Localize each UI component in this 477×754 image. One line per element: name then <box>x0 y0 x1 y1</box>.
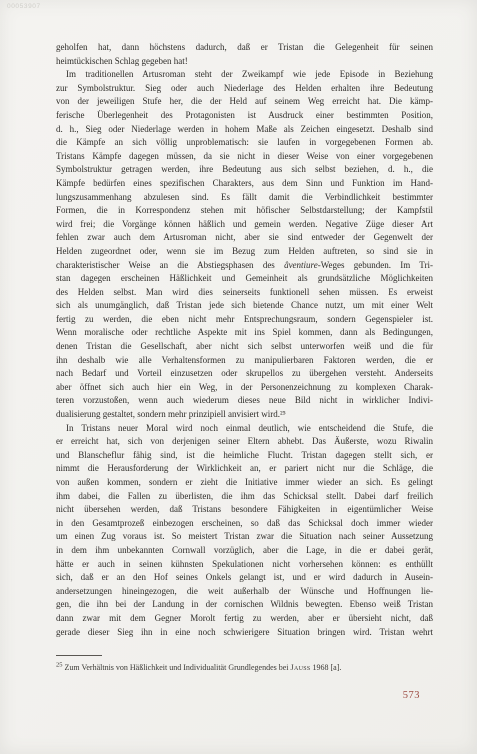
text-line: stan dagegen erscheinen Häßlichkeit und … <box>56 272 433 286</box>
text-line: Wenn moralische oder rechtliche Aspekte … <box>56 326 433 340</box>
footnote: 25 Zum Verhältnis von Häßlichkeit und In… <box>56 663 433 673</box>
text-line: Tristans Kämpfe dagegen müssen, da sie n… <box>56 150 433 164</box>
footnote-area: 25 Zum Verhältnis von Häßlichkeit und In… <box>56 655 433 673</box>
footnote-marker: 25 <box>56 661 63 668</box>
text-line: heimtückischen Schlag gegeben hat! <box>56 55 433 69</box>
text-line: sich als unumgänglich, daß Tristan jede … <box>56 299 433 313</box>
text-line: Kämpfe bedürfen eines spezifischen Chara… <box>56 177 433 191</box>
text-line: in dem ihm unbekannten Cornwall vorzügli… <box>56 544 433 558</box>
text-line: In Tristans neuer Moral wird noch einmal… <box>56 422 433 436</box>
text-line: denen Tristan die Gesellschaft, aber nic… <box>56 340 433 354</box>
text-line: zur Symbolstruktur. Sieg oder auch Niede… <box>56 82 433 96</box>
book-page: 00053907 geholfen hat, dann höchstens da… <box>0 0 477 754</box>
text-line: gerade dieser Sieg ihn in eine noch schw… <box>56 626 433 640</box>
text-line: ihm dabei, die Fallen zu überlisten, die… <box>56 490 433 504</box>
text-line: andersetzungen hineingezogen, die weit a… <box>56 585 433 599</box>
text-line: wird frei; die Vorgänge können häßlich u… <box>56 218 433 232</box>
text-line: teren vorzustoßen, wenn auch wiederum di… <box>56 394 433 408</box>
page-number: 573 <box>403 690 420 701</box>
text-line: Formen, die in Korrespondenz stehen mit … <box>56 204 433 218</box>
text-line: in den Gesamtprozeß einbezogen erscheine… <box>56 517 433 531</box>
footnote-text-tail: 1968 [a]. <box>310 663 341 672</box>
text-line: lungszusammenhang abzulesen sind. Es fäl… <box>56 191 433 205</box>
text-line: nimmt die Herausforderung der Wirklichke… <box>56 462 433 476</box>
text-line: nicht übersehen werden, daß Tristans bes… <box>56 503 433 517</box>
text-line: sich, daß er an den Hof seines Onkels ge… <box>56 571 433 585</box>
body-text-block: geholfen hat, dann höchstens dadurch, da… <box>56 41 433 639</box>
text-line: Im traditionellen Artusroman steht der Z… <box>56 68 433 82</box>
text-line: Helden zugeordnet oder, wenn sie im Bezu… <box>56 245 433 259</box>
footnote-text: Zum Verhältnis von Häßlichkeit und Indiv… <box>65 663 291 672</box>
text-line: er erreicht hat, sich von derjenigen sei… <box>56 435 433 449</box>
text-line: Symbolstruktur getragen werden, ihre Bed… <box>56 163 433 177</box>
text-line: gen, die ihn bei der Landung in der corn… <box>56 598 433 612</box>
scan-code: 00053907 <box>7 3 41 10</box>
text-line: fertig zu werden, die eben nicht mehr En… <box>56 313 433 327</box>
text-line: um einen Zug voraus ist. So meistert Tri… <box>56 530 433 544</box>
text-line: nach Bedarf und Vorteil einzusetzen oder… <box>56 367 433 381</box>
text-line: d. h., Sieg oder Niederlage werden in ho… <box>56 123 433 137</box>
text-line: ferische Überlegenheit des Protagonisten… <box>56 109 433 123</box>
text-line: und Blanscheflur fähig sind, ist die hei… <box>56 449 433 463</box>
text-line: des Helden selbst. Man wird dies seiners… <box>56 286 433 300</box>
text-line: aber öffnet sich auch hier ein Weg, in d… <box>56 381 433 395</box>
text-line: dann zwar mit dem Gegner Morolt fertig z… <box>56 612 433 626</box>
text-line: hätte er auch in seinen kühnsten Spekula… <box>56 558 433 572</box>
text-line: dualisierung gestaltet, sondern mehr pri… <box>56 408 433 422</box>
text-line: geholfen hat, dann höchstens dadurch, da… <box>56 41 433 55</box>
text-line: von der jeweiligen Stufe her, die der He… <box>56 95 433 109</box>
text-line: von außen kommen, sondern er zieht die I… <box>56 476 433 490</box>
text-line: die Kämpfe an sich völlig unproblematisc… <box>56 136 433 150</box>
footnote-separator-rule <box>56 655 102 656</box>
footnote-author: Jauss <box>291 663 311 672</box>
text-line: ihn deshalb wie alle Verhaltensformen zu… <box>56 354 433 368</box>
text-line: charakteristischer Weise an die Abstiegs… <box>56 259 433 273</box>
text-line: fehlen zwar auch dem Artusroman nicht, a… <box>56 231 433 245</box>
